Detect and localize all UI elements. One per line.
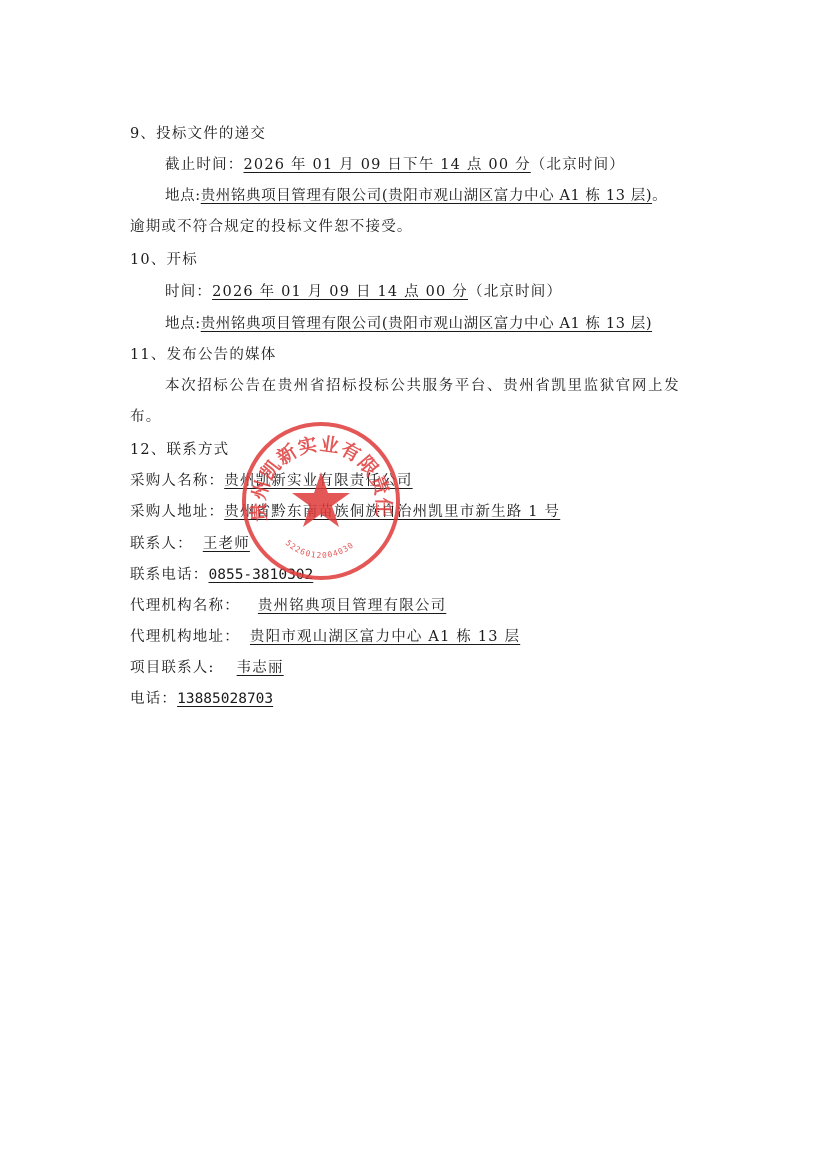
- phone-row: 联系电话：0855-3810302: [130, 565, 313, 585]
- opening-location-label: 地点:: [165, 316, 201, 332]
- project-contact-row: 项目联系人:韦志丽: [130, 658, 284, 678]
- deadline-note: （北京时间）: [531, 157, 625, 173]
- purchaser-address-value: 贵州省黔东南苗族侗族自治州凯里市新生路 1 号: [224, 504, 560, 520]
- agency-address-row: 代理机构地址：贵阳市观山湖区富力中心 A1 栋 13 层: [130, 627, 520, 647]
- opening-time-value: 2026 年 01 月 09 日 14 点 00 分: [212, 284, 468, 300]
- late-submission-note: 逾期或不符合规定的投标文件恕不接受。: [130, 217, 413, 237]
- section-10-location: 地点:贵州铭典项目管理有限公司(贵阳市观山湖区富力中心 A1 栋 13 层): [165, 314, 652, 334]
- agency-name-row: 代理机构名称：贵州铭典项目管理有限公司: [130, 596, 446, 616]
- opening-location-value: 贵州铭典项目管理有限公司(贵阳市观山湖区富力中心 A1 栋 13 层): [201, 316, 652, 332]
- media-body-line-1: 本次招标公告在贵州省招标投标公共服务平台、贵州省凯里监狱官网上发: [165, 376, 680, 396]
- purchaser-name-row: 采购人名称：贵州凯新实业有限责任公司: [130, 471, 413, 491]
- location-value: 贵州铭典项目管理有限公司(贵阳市观山湖区富力中心 A1 栋 13 层): [201, 188, 652, 204]
- contact-value: 王老师: [203, 536, 250, 552]
- project-contact-label: 项目联系人:: [130, 660, 215, 676]
- phone-value: 0855-3810302: [209, 567, 314, 583]
- location-tail: 。: [652, 188, 667, 204]
- svg-text:5226012004030: 5226012004030: [284, 538, 356, 560]
- contact-row: 联系人：王老师: [130, 534, 250, 554]
- purchaser-name-value: 贵州凯新实业有限责任公司: [224, 473, 412, 489]
- section-9-location: 地点:贵州铭典项目管理有限公司(贵阳市观山湖区富力中心 A1 栋 13 层)。: [165, 186, 667, 206]
- agency-address-label: 代理机构地址：: [130, 629, 240, 645]
- agency-phone-value: 13885028703: [177, 691, 273, 707]
- document-page: 9、投标文件的递交 截止时间：2026 年 01 月 09 日下午 14 点 0…: [0, 0, 827, 1169]
- project-contact-value: 韦志丽: [215, 660, 284, 676]
- section-10-heading: 10、开标: [130, 250, 198, 270]
- seal-icon: 贵州凯新实业有限责任公司 5226012004030: [240, 420, 402, 582]
- purchaser-address-label: 采购人地址：: [130, 504, 224, 520]
- section-12-heading: 12、联系方式: [130, 440, 229, 460]
- purchaser-address-row: 采购人地址：贵州省黔东南苗族侗族自治州凯里市新生路 1 号: [130, 502, 560, 522]
- phone-label: 联系电话：: [130, 567, 209, 583]
- agency-name-label: 代理机构名称：: [130, 598, 240, 614]
- opening-time-label: 时间：: [165, 284, 212, 300]
- deadline-label: 截止时间：: [165, 157, 244, 173]
- media-body-line-2: 布。: [130, 407, 161, 427]
- opening-time-note: （北京时间）: [468, 284, 562, 300]
- section-9-heading: 9、投标文件的递交: [130, 124, 266, 144]
- section-9-deadline: 截止时间：2026 年 01 月 09 日下午 14 点 00 分（北京时间）: [165, 155, 625, 175]
- agency-address-value: 贵阳市观山湖区富力中心 A1 栋 13 层: [250, 629, 520, 645]
- location-label: 地点:: [165, 188, 201, 204]
- agency-phone-label: 电话：: [130, 691, 177, 707]
- company-seal: 贵州凯新实业有限责任公司 5226012004030: [240, 420, 402, 582]
- deadline-value: 2026 年 01 月 09 日下午 14 点 00 分: [244, 157, 531, 173]
- purchaser-name-label: 采购人名称：: [130, 473, 224, 489]
- agency-name-value: 贵州铭典项目管理有限公司: [240, 598, 446, 614]
- section-11-heading: 11、发布公告的媒体: [130, 345, 276, 365]
- contact-label: 联系人：: [130, 536, 193, 552]
- agency-phone-row: 电话：13885028703: [130, 689, 273, 709]
- section-10-time: 时间：2026 年 01 月 09 日 14 点 00 分（北京时间）: [165, 282, 562, 302]
